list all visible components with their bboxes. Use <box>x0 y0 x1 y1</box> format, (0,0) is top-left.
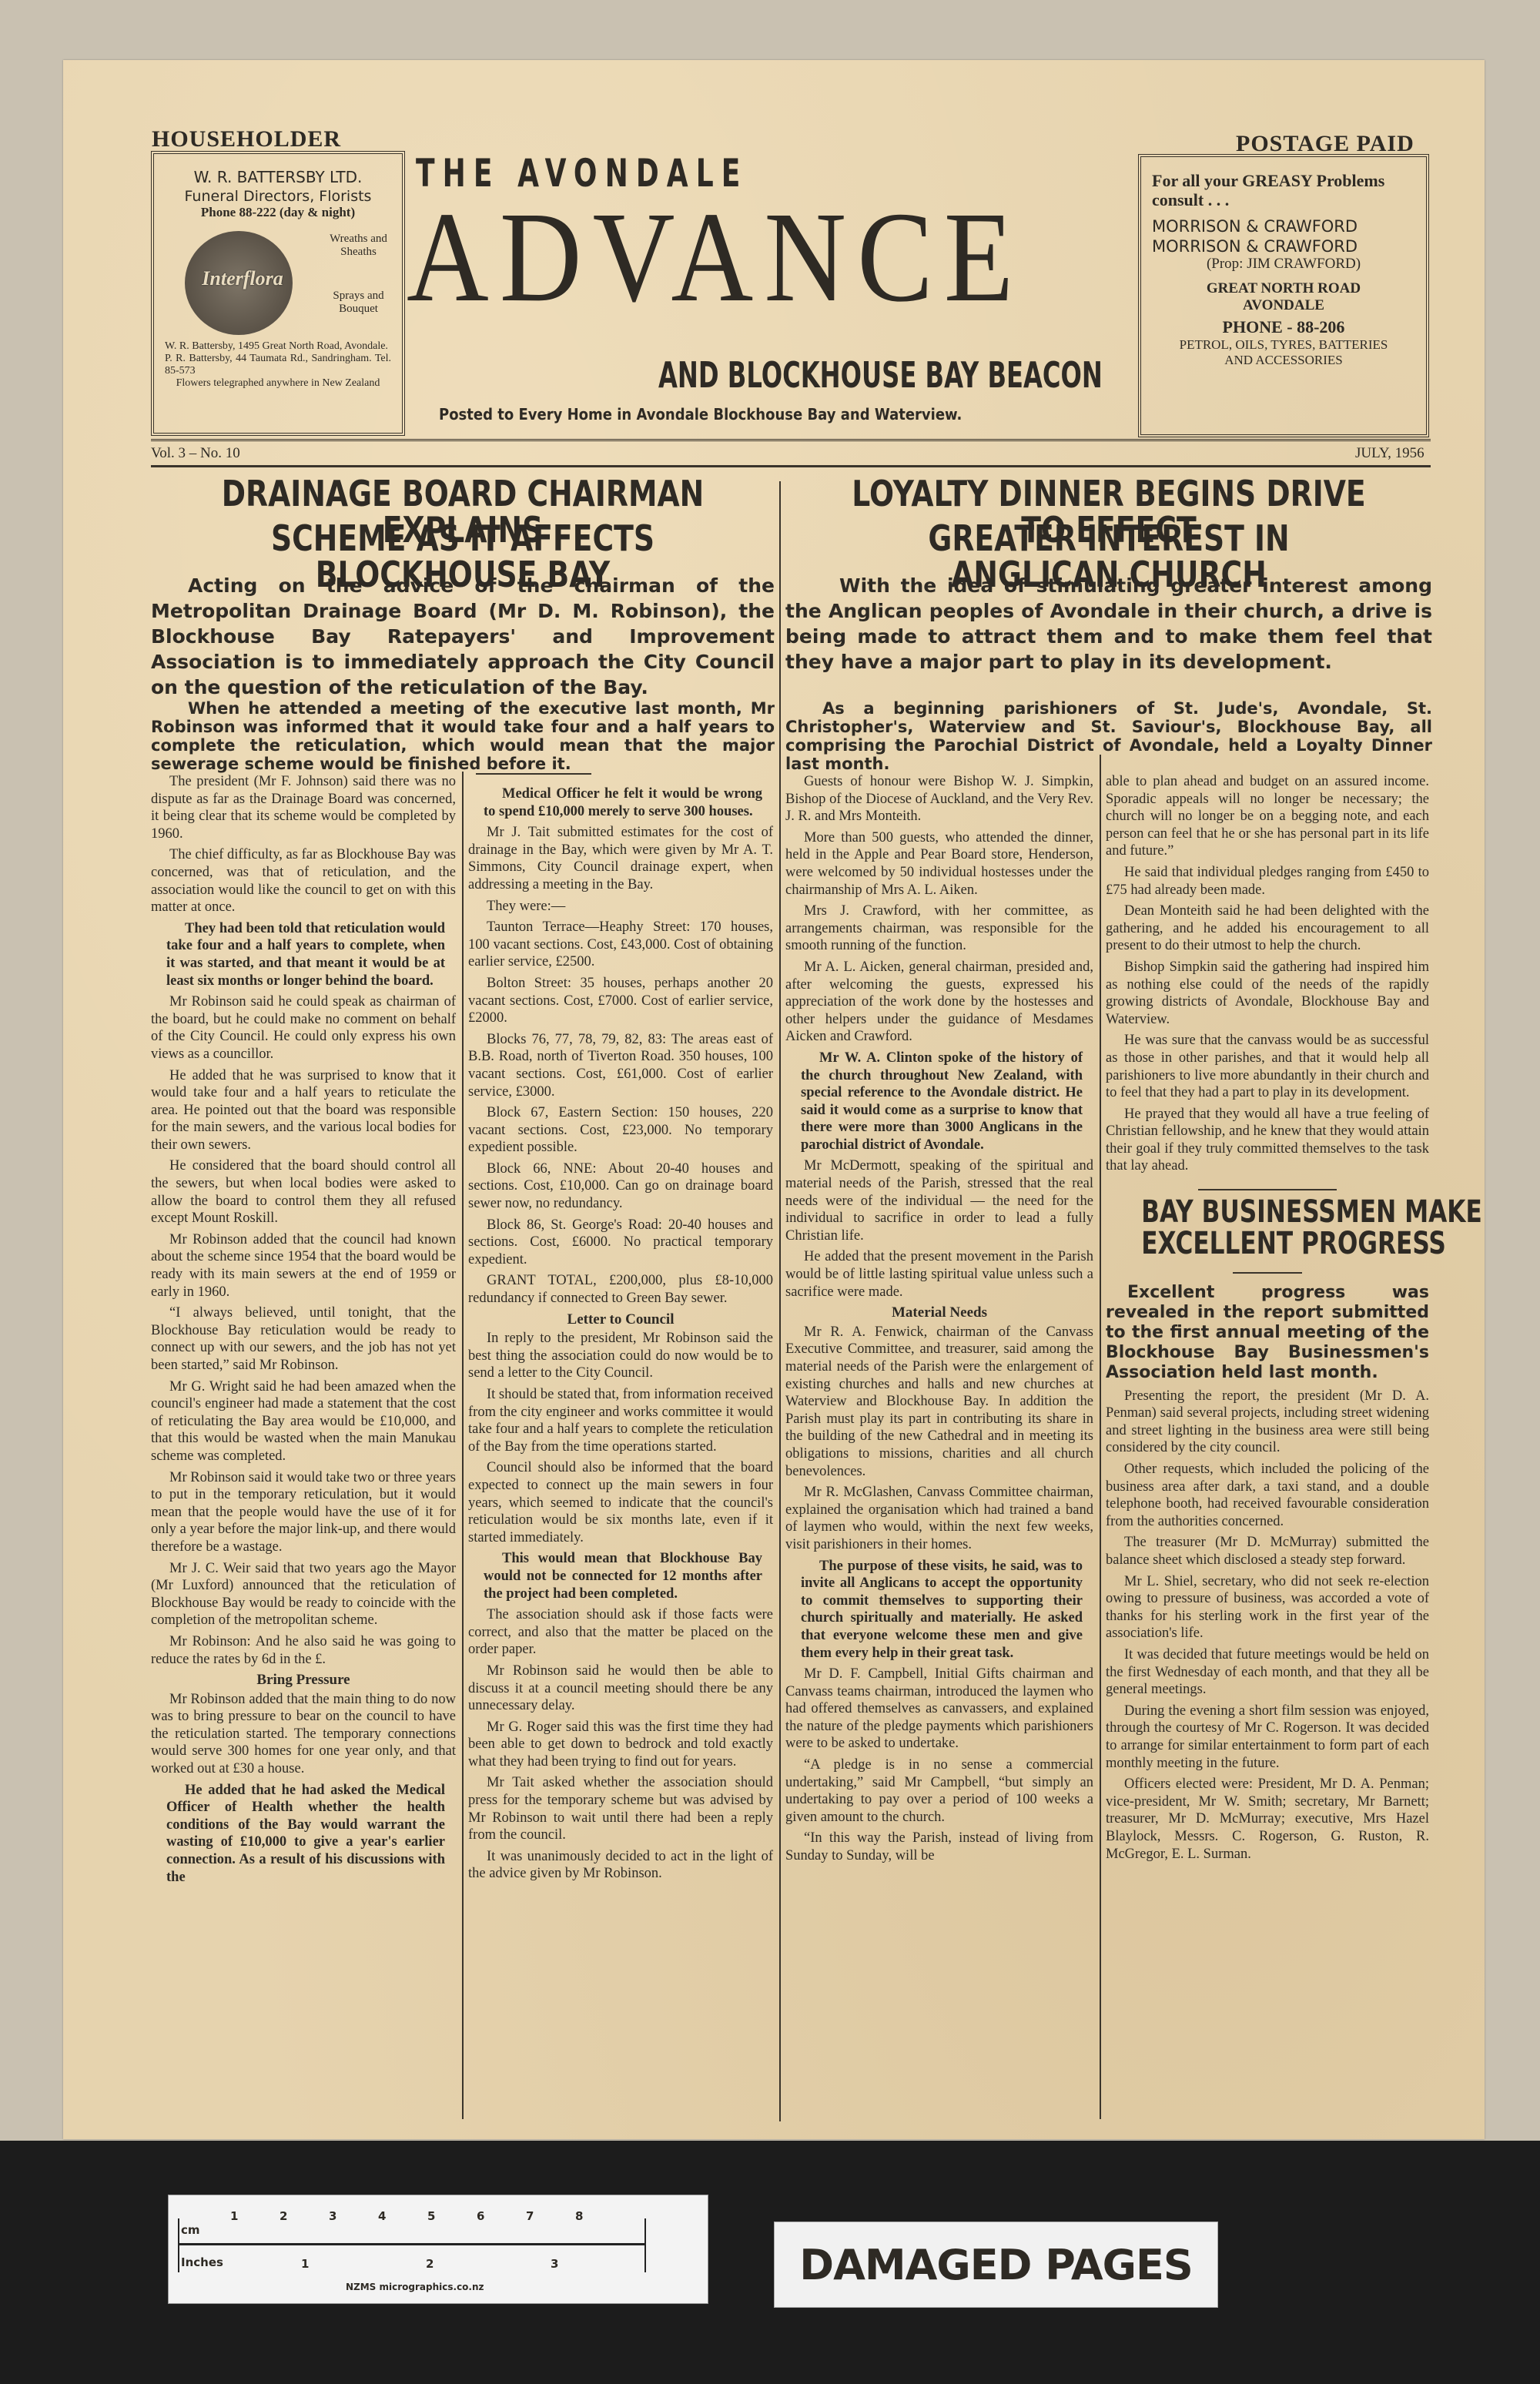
ruler-line <box>178 2243 646 2245</box>
ad-prop: (Prop: JIM CRAWFORD) <box>1141 256 1426 273</box>
paragraph: He added that he was surprised to know t… <box>151 1067 456 1154</box>
paragraph-bold: Medical Officer he felt it would be wron… <box>484 785 762 820</box>
paragraph: Mr J. Tait submitted estimates for the c… <box>468 824 773 893</box>
cm-tick-5: 5 <box>427 2209 435 2223</box>
postage-paid-banner: POSTAGE PAID <box>1236 131 1414 157</box>
paragraph: They were:— <box>468 898 773 916</box>
paragraph: “A pledge is in no sense a commercial un… <box>785 1756 1093 1826</box>
ad-address-2: P. R. Battersby, 44 Taumata Rd., Sandrin… <box>154 353 402 377</box>
paragraph: Mr L. Shiel, secretary, who did not seek… <box>1106 1573 1429 1642</box>
cm-tick-4: 4 <box>378 2209 386 2223</box>
paragraph: Other requests, which included the polic… <box>1106 1461 1429 1530</box>
paragraph: Dean Monteith said he had been delighted… <box>1106 902 1429 955</box>
ad-offer-2: Sprays and Bouquet <box>322 290 395 316</box>
column-rule-3 <box>1100 755 1101 2119</box>
paragraph: The president (Mr F. Johnson) said there… <box>151 773 456 842</box>
drainage-column-1: The president (Mr F. Johnson) said there… <box>151 773 456 1890</box>
loyalty-column-4: able to plan ahead and budget on an assu… <box>1106 773 1429 1867</box>
cm-tick-7: 7 <box>526 2209 534 2223</box>
ad-phone: PHONE - 88-206 <box>1141 317 1426 337</box>
estimate-bolton: Bolton Street: 35 houses, perhaps anothe… <box>468 975 773 1027</box>
ad-address-1: W. R. Battersby, 1495 Great North Road, … <box>154 340 402 353</box>
inch-tick-2: 2 <box>426 2257 434 2271</box>
loyalty-column-3: Guests of honour were Bishop W. J. Simpk… <box>785 773 1093 1869</box>
title-sub-beacon: AND BLOCKHOUSE BAY BEACON <box>658 354 1103 396</box>
paragraph: Mr G. Roger said this was the first time… <box>468 1719 773 1771</box>
inches-label: Inches <box>181 2255 223 2269</box>
paragraph: It should be stated that, from informati… <box>468 1386 773 1455</box>
loyalty-lead-1: With the idea of stimulating greater int… <box>785 573 1432 675</box>
paragraph: Bishop Simpkin said the gathering had in… <box>1106 959 1429 1028</box>
ad-name-1: MORRISON & CRAWFORD <box>1141 209 1426 236</box>
paragraph: Mr Robinson said he would then be able t… <box>468 1662 773 1715</box>
ad-street: GREAT NORTH ROAD <box>1141 280 1426 297</box>
paragraph-bold: Mr W. A. Clinton spoke of the history of… <box>801 1050 1083 1154</box>
tagline: Posted to Every Home in Avondale Blockho… <box>439 405 962 424</box>
loyalty-lead-2: As a beginning parishioners of St. Jude'… <box>785 699 1432 773</box>
cm-label: cm <box>181 2223 200 2237</box>
ad-phone: Phone 88-222 (day & night) <box>154 205 402 220</box>
issue-date: JULY, 1956 <box>1355 445 1424 462</box>
inch-tick-3: 3 <box>551 2257 558 2271</box>
cm-tick-6: 6 <box>477 2209 484 2223</box>
paragraph: Council should also be informed that the… <box>468 1459 773 1546</box>
cm-tick-2: 2 <box>280 2209 287 2223</box>
paragraph: able to plan ahead and budget on an assu… <box>1106 773 1429 860</box>
logo-text: Interflora <box>169 267 316 290</box>
short-rule <box>1198 1189 1337 1190</box>
paragraph: Mr McDermott, speaking of the spiritual … <box>785 1157 1093 1244</box>
ad-footer: Flowers telegraphed anywhere in New Zeal… <box>154 377 402 390</box>
paragraph-bold: He added that he had asked the Medical O… <box>166 1782 445 1887</box>
paragraph: Mr R. McGlashen, Canvass Committee chair… <box>785 1484 1093 1553</box>
masthead-rule <box>151 439 1431 441</box>
drainage-lead-2: When he attended a meeting of the execut… <box>151 699 775 773</box>
paragraph: Mr Robinson added that the council had k… <box>151 1231 456 1301</box>
ad-offer-1: Wreaths and Sheaths <box>322 233 395 259</box>
business-headline-1: BAY BUSINESSMEN MAKE <box>1141 1197 1394 1228</box>
paragraph: He considered that the board should cont… <box>151 1157 456 1227</box>
nzms-brand: NZMS micrographics.co.nz <box>346 2282 484 2292</box>
paragraph: He prayed that they would all have a tru… <box>1106 1106 1429 1175</box>
estimate-block-86: Block 86, St. George's Road: 20-40 house… <box>468 1217 773 1269</box>
paragraph: Guests of honour were Bishop W. J. Simpk… <box>785 773 1093 825</box>
business-headline-2: EXCELLENT PROGRESS <box>1141 1228 1394 1260</box>
estimate-taunton: Taunton Terrace—Heaphy Street: 170 house… <box>468 919 773 971</box>
paragraph: Mr Robinson added that the main thing to… <box>151 1691 456 1778</box>
damaged-pages-label: DAMAGED PAGES <box>774 2222 1218 2308</box>
title-advance: ADVANCE <box>407 193 1024 322</box>
dateline-rule <box>151 465 1431 467</box>
estimate-block-66: Block 66, NNE: About 20-40 houses and se… <box>468 1160 773 1213</box>
paragraph: The treasurer (Mr D. McMurray) submitted… <box>1106 1534 1429 1569</box>
paragraph: Mr J. C. Weir said that two years ago th… <box>151 1560 456 1629</box>
short-rule <box>1233 1272 1302 1274</box>
paragraph: He added that the present movement in th… <box>785 1248 1093 1301</box>
ruler-end <box>644 2218 646 2272</box>
paragraph: The chief difficulty, as far as Blockhou… <box>151 846 456 916</box>
paragraph: Mr Tait asked whether the association sh… <box>468 1774 773 1843</box>
paragraph: He was sure that the canvass would be as… <box>1106 1032 1429 1101</box>
drainage-column-2: Medical Officer he felt it would be wron… <box>468 773 773 1887</box>
paragraph-bold: They had been told that reticulation wou… <box>166 920 445 989</box>
cm-tick-1: 1 <box>230 2209 238 2223</box>
subhead-letter-to-council: Letter to Council <box>468 1311 773 1329</box>
cm-tick-3: 3 <box>329 2209 336 2223</box>
paragraph: The association should ask if those fact… <box>468 1606 773 1659</box>
estimate-block-67: Block 67, Eastern Section: 150 houses, 2… <box>468 1104 773 1157</box>
short-rule <box>476 773 591 775</box>
column-rule-center <box>779 481 781 2121</box>
ad-name-2: MORRISON & CRAWFORD <box>1141 236 1426 256</box>
paragraph: More than 500 guests, who attended the d… <box>785 829 1093 899</box>
paragraph-bold: The purpose of these visits, he said, wa… <box>801 1558 1083 1662</box>
paragraph: Mr R. A. Fenwick, chairman of the Canvas… <box>785 1324 1093 1480</box>
estimate-grand-total: GRANT TOTAL, £200,000, plus £8-10,000 re… <box>468 1272 773 1307</box>
subhead-bring-pressure: Bring Pressure <box>151 1672 456 1689</box>
paragraph: Mrs J. Crawford, with her committee, as … <box>785 902 1093 955</box>
paragraph: Officers elected were: President, Mr D. … <box>1106 1776 1429 1863</box>
subhead-material-needs: Material Needs <box>785 1304 1093 1322</box>
paragraph: Mr D. F. Campbell, Initial Gifts chairma… <box>785 1666 1093 1753</box>
paragraph: Mr A. L. Aicken, general chairman, presi… <box>785 959 1093 1046</box>
ad-products: PETROL, OILS, TYRES, BATTERIES AND ACCES… <box>1141 337 1426 368</box>
paragraph: “In this way the Parish, instead of livi… <box>785 1830 1093 1864</box>
paragraph: Mr Robinson: And he also said he was goi… <box>151 1633 456 1668</box>
paragraph: In reply to the president, Mr Robinson s… <box>468 1330 773 1382</box>
paragraph: Mr G. Wright said he had been amazed whe… <box>151 1378 456 1465</box>
volume-number: Vol. 3 – No. 10 <box>151 445 240 462</box>
paragraph: He said that individual pledges ranging … <box>1106 864 1429 899</box>
paragraph: It was unanimously decided to act in the… <box>468 1848 773 1883</box>
ad-company: W. R. BATTERSBY LTD. <box>154 168 402 186</box>
ad-suburb: AVONDALE <box>1141 297 1426 314</box>
ad-intro: For all your GREASY Problems consult . .… <box>1141 157 1426 209</box>
business-lead: Excellent progress was revealed in the r… <box>1106 1283 1429 1383</box>
paragraph-bold: This would mean that Blockhouse Bay woul… <box>484 1550 762 1602</box>
morrison-crawford-ad: For all your GREASY Problems consult . .… <box>1138 154 1429 437</box>
estimate-blocks-76-83: Blocks 76, 77, 78, 79, 82, 83: The areas… <box>468 1031 773 1100</box>
paragraph: Mr Robinson said he could speak as chair… <box>151 993 456 1063</box>
paragraph: “I always believed, until tonight, that … <box>151 1304 456 1374</box>
paragraph: During the evening a short film session … <box>1106 1703 1429 1772</box>
battersby-ad: W. R. BATTERSBY LTD. Funeral Directors, … <box>151 151 405 436</box>
householder-banner: HOUSEHOLDER <box>152 126 341 152</box>
paragraph: Presenting the report, the president (Mr… <box>1106 1388 1429 1457</box>
inch-tick-1: 1 <box>301 2257 309 2271</box>
paragraph: It was decided that future meetings woul… <box>1106 1646 1429 1699</box>
paragraph: Mr Robinson said it would take two or th… <box>151 1469 456 1556</box>
cm-tick-8: 8 <box>575 2209 583 2223</box>
drainage-lead-1: Acting on the advice of the chairman of … <box>151 573 775 700</box>
scale-ruler-card: cm Inches 1 2 3 4 5 6 7 8 1 2 3 NZMS mic… <box>168 2195 708 2304</box>
ad-trade: Funeral Directors, Florists <box>154 188 402 205</box>
column-rule-1 <box>462 772 464 2119</box>
ruler-end <box>178 2218 179 2272</box>
